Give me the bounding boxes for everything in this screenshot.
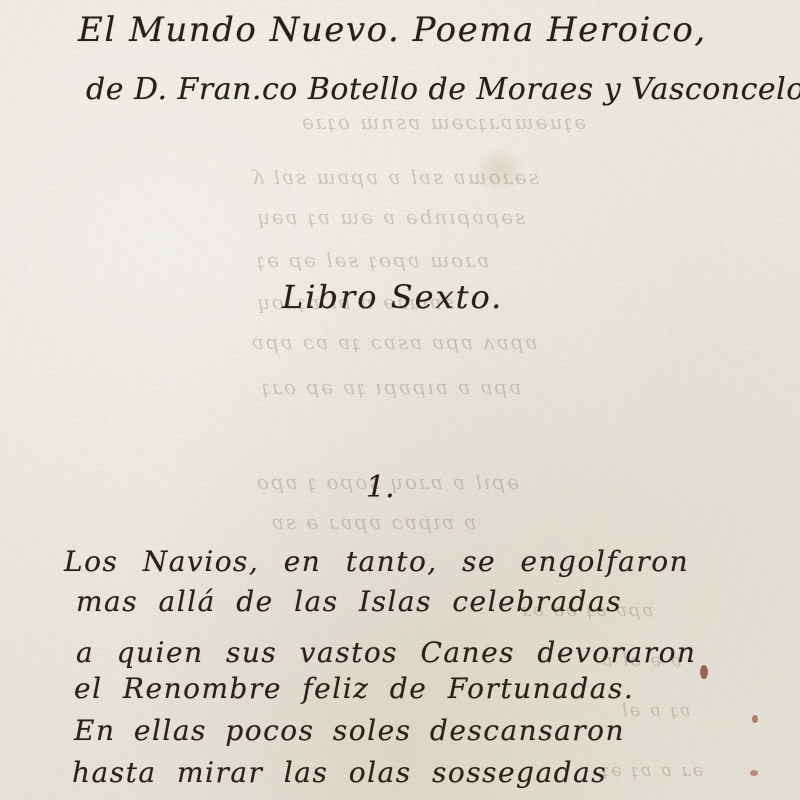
verse-line: el Renombre feliz de Fortunadas. [74, 672, 634, 705]
manuscript-title-line-1: El Mundo Nuevo. Poema Heroico, [78, 10, 707, 50]
bleed-through-text: ɐpɐ ɐ ɐıpɐpı ʇɐ ǝp oɹʇ [260, 375, 521, 399]
bleed-through-text: sǝɹoɯɐ sɐl ɐ ɐpɐɯ sɐl ʎ [250, 165, 539, 189]
bleed-through-text: ɐpɐʌ ɐpɐ ɐsɐɔ ʇɐ ɐɔ ɐpɐ [250, 330, 537, 354]
stanza-number: 1. [366, 470, 395, 505]
ink-spot [700, 665, 708, 679]
bleed-through-text: sǝpɐpınbǝ ɐ ǝɯ ɐʇ ɐǝɥ [255, 205, 525, 229]
book-heading: Libro Sexto. [282, 278, 503, 316]
bleed-through-text: ɐ ɐıpɐɔ ɐpɐɹ ǝ sɐ [270, 510, 476, 534]
verse-line: Los Navios, en tanto, se engolfaron [64, 545, 689, 578]
ink-spot [752, 715, 758, 723]
bleed-through-text: ǝʇuǝɯɐɹʇɔǝɯ ɐsnɯ oʇɹǝ [300, 110, 586, 134]
manuscript-page: ǝʇuǝɯɐɹʇɔǝɯ ɐsnɯ oʇɹǝ sǝɹoɯɐ sɐl ɐ ɐpɐɯ … [0, 0, 800, 800]
ink-spot [750, 770, 758, 776]
bleed-through-text: ǝɹ ɐ ɐʇ ǝʇ [600, 760, 703, 781]
paper-stain [470, 150, 530, 190]
manuscript-title-line-2: de D. Fran.co Botello de Moraes y Vascon… [86, 72, 800, 107]
bleed-through-text: ɐɹoɯ ɐpoʇ sǝl ǝp ǝʇ [255, 248, 489, 272]
verse-line: a quien sus vastos Canes devoraron [76, 636, 696, 669]
verse-line: hasta mirar las olas sossegadas [72, 756, 607, 789]
verse-line: En ellas pocos soles descansaron [74, 714, 625, 747]
verse-line: mas allá de las Islas celebradas [76, 585, 622, 618]
